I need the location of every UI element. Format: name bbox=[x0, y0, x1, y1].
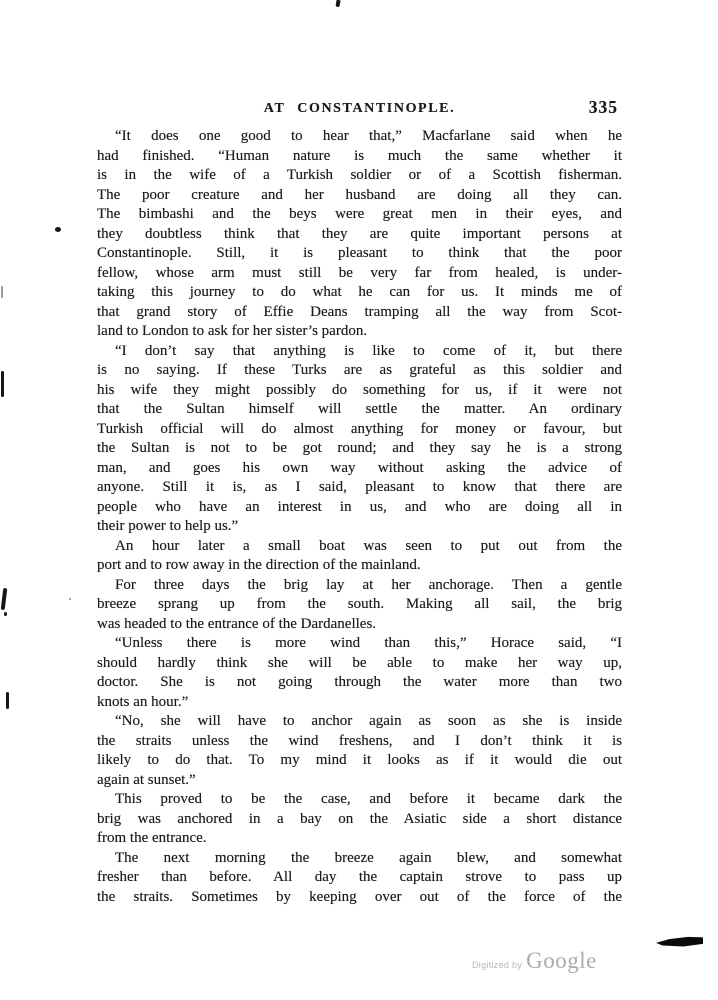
text-line: brig was anchored in a bay on the Asiati… bbox=[97, 810, 622, 830]
text-line: likely to do that. To my mind it looks a… bbox=[97, 751, 622, 771]
google-logo: Google bbox=[526, 948, 597, 974]
text-line: The next morning the breeze again blew, … bbox=[97, 849, 622, 869]
text-line: breeze sprang up from the south. Making … bbox=[97, 595, 622, 615]
watermark-prefix: Digitized by bbox=[472, 960, 522, 970]
text-line: the straits unless the wind freshens, an… bbox=[97, 732, 622, 752]
text-line: their power to help us.” bbox=[97, 517, 622, 537]
paragraph: “No, she will have to anchor again as so… bbox=[97, 712, 622, 790]
text-line: again at sunset.” bbox=[97, 771, 622, 791]
scan-artifact-margin-stroke bbox=[1, 588, 8, 610]
text-line: doctor. She is not going through the wat… bbox=[97, 673, 622, 693]
text-line: The bimbashi and the beys were great men… bbox=[97, 205, 622, 225]
scan-artifact-ink-dot bbox=[55, 227, 61, 232]
paragraph: “I don’t say that anything is like to co… bbox=[97, 342, 622, 537]
text-line: from the entrance. bbox=[97, 829, 622, 849]
running-header: AT CONSTANTINOPLE. 335 bbox=[97, 101, 622, 123]
scan-artifact-margin-stroke bbox=[6, 692, 9, 709]
text-line: fresher than before. All day the captain… bbox=[97, 868, 622, 888]
text-line: This proved to be the case, and before i… bbox=[97, 790, 622, 810]
text-line: Turkish official will do almost anything… bbox=[97, 420, 622, 440]
text-line: should hardly think she will be able to … bbox=[97, 654, 622, 674]
scan-artifact-margin-tick bbox=[1, 286, 3, 298]
paragraph: “Unless there is more wind than this,” H… bbox=[97, 634, 622, 712]
text-line: An hour later a small boat was seen to p… bbox=[97, 537, 622, 557]
paragraph: “It does one good to hear that,” Macfarl… bbox=[97, 127, 622, 342]
scan-artifact-top-mark bbox=[335, 0, 340, 7]
text-line: port and to row away in the direction of… bbox=[97, 556, 622, 576]
book-page-scan: AT CONSTANTINOPLE. 335 “It does one good… bbox=[0, 0, 718, 1000]
paragraph: An hour later a small boat was seen to p… bbox=[97, 537, 622, 576]
paragraph: For three days the brig lay at her ancho… bbox=[97, 576, 622, 635]
page-number: 335 bbox=[589, 97, 618, 118]
scan-artifact-ink-dot bbox=[4, 612, 7, 616]
text-line: fellow, whose arm must still be very far… bbox=[97, 264, 622, 284]
scan-artifact-thumb-mark bbox=[656, 936, 703, 947]
text-line: taking this journey to do what he can fo… bbox=[97, 283, 622, 303]
text-line: that the Sultan himself will settle the … bbox=[97, 400, 622, 420]
digitized-by-google-watermark: Digitized by Google bbox=[472, 948, 622, 980]
text-line: his wife they might possibly do somethin… bbox=[97, 381, 622, 401]
text-line: knots an hour.” bbox=[97, 693, 622, 713]
text-line: anyone. Still it is, as I said, pleasant… bbox=[97, 478, 622, 498]
text-line: “Unless there is more wind than this,” H… bbox=[97, 634, 622, 654]
scan-artifact-speck bbox=[69, 598, 71, 600]
text-line: man, and goes his own way without asking… bbox=[97, 459, 622, 479]
text-line: had finished. “Human nature is much the … bbox=[97, 147, 622, 167]
text-line: the straits. Sometimes by keeping over o… bbox=[97, 888, 622, 908]
text-line: land to London to ask for her sister’s p… bbox=[97, 322, 622, 342]
running-header-title: AT CONSTANTINOPLE. bbox=[97, 101, 622, 117]
text-line: was headed to the entrance of the Dardan… bbox=[97, 615, 622, 635]
text-line: “It does one good to hear that,” Macfarl… bbox=[97, 127, 622, 147]
text-line: is no saying. If these Turks are as grat… bbox=[97, 361, 622, 381]
text-line: they doubtless think that they are quite… bbox=[97, 225, 622, 245]
text-line: “No, she will have to anchor again as so… bbox=[97, 712, 622, 732]
text-line: people who have an interest in us, and w… bbox=[97, 498, 622, 518]
text-line: Constantinople. Still, it is pleasant to… bbox=[97, 244, 622, 264]
paragraph: The next morning the breeze again blew, … bbox=[97, 849, 622, 908]
text-line: the Sultan is not to be got round; and t… bbox=[97, 439, 622, 459]
scan-artifact-margin-stroke bbox=[1, 371, 4, 397]
text-body: “It does one good to hear that,” Macfarl… bbox=[97, 127, 622, 907]
text-line: The poor creature and her husband are do… bbox=[97, 186, 622, 206]
paragraph: This proved to be the case, and before i… bbox=[97, 790, 622, 849]
text-line: is in the wife of a Turkish soldier or o… bbox=[97, 166, 622, 186]
text-line: For three days the brig lay at her ancho… bbox=[97, 576, 622, 596]
text-line: that grand story of Effie Deans tramping… bbox=[97, 303, 622, 323]
text-line: “I don’t say that anything is like to co… bbox=[97, 342, 622, 362]
